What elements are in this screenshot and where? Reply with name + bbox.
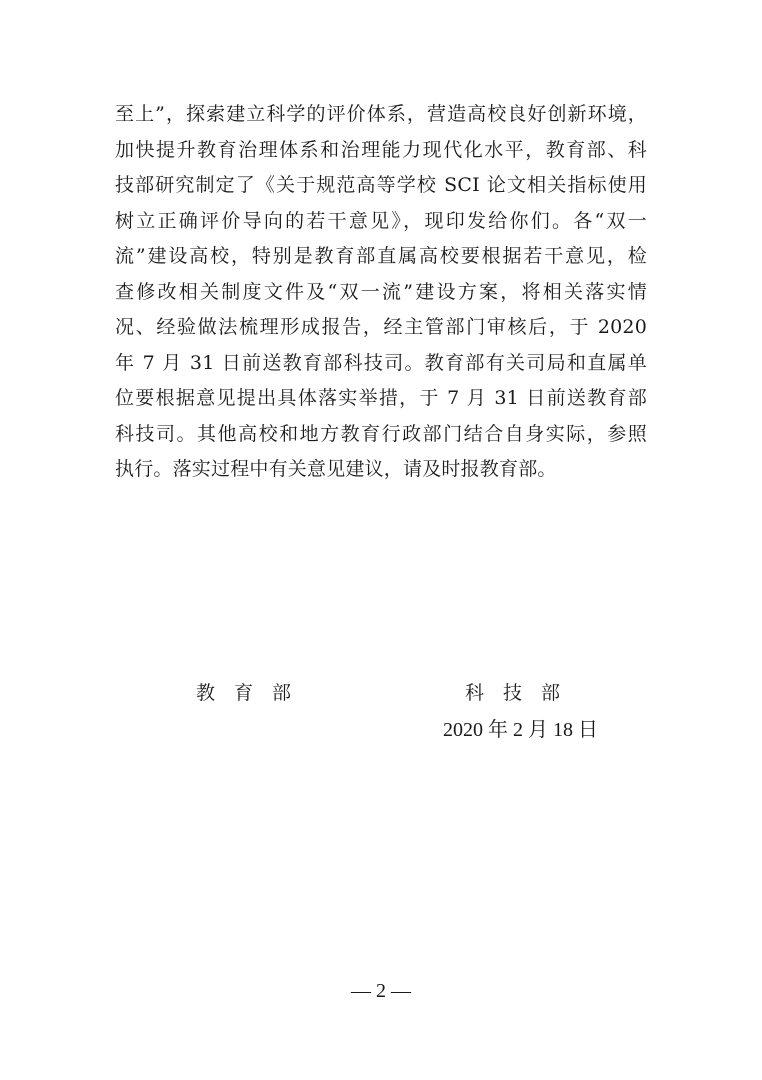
body-line-5: 流”建设高校，特别是教育部直属高校要根据若干意见，检 — [115, 239, 647, 275]
signature-ministry-of-science-technology: 科技部 — [465, 678, 579, 705]
document-body: 至上”，探索建立科学的评价体系，营造高校良好创新环境， 加快提升教育治理体系和治… — [115, 97, 647, 488]
body-line-2: 加快提升教育治理体系和治理能力现代化水平，教育部、科 — [115, 133, 647, 169]
signature-ministry-of-education: 教育部 — [196, 678, 310, 705]
page-number: — 2 — — [0, 980, 762, 1003]
body-line-1: 至上”，探索建立科学的评价体系，营造高校良好创新环境， — [115, 97, 647, 133]
body-line-11: 执行。落实过程中有关意见建议，请及时报教育部。 — [115, 452, 647, 488]
body-line-8: 年 7 月 31 日前送教育部科技司。教育部有关司局和直属单 — [115, 346, 647, 382]
body-line-7: 况、经验做法梳理形成报告，经主管部门审核后，于 2020 — [115, 310, 647, 346]
body-line-4: 树立正确评价导向的若干意见》，现印发给你们。各“双一 — [115, 204, 647, 240]
signature-date: 2020 年 2 月 18 日 — [443, 713, 598, 742]
body-line-6: 查修改相关制度文件及“双一流”建设方案，将相关落实情 — [115, 275, 647, 311]
body-line-9: 位要根据意见提出具体落实举措，于 7 月 31 日前送教育部 — [115, 381, 647, 417]
body-line-3: 技部研究制定了《关于规范高等学校 SCI 论文相关指标使用 — [115, 168, 647, 204]
body-line-10: 科技司。其他高校和地方教育行政部门结合自身实际，参照 — [115, 417, 647, 453]
